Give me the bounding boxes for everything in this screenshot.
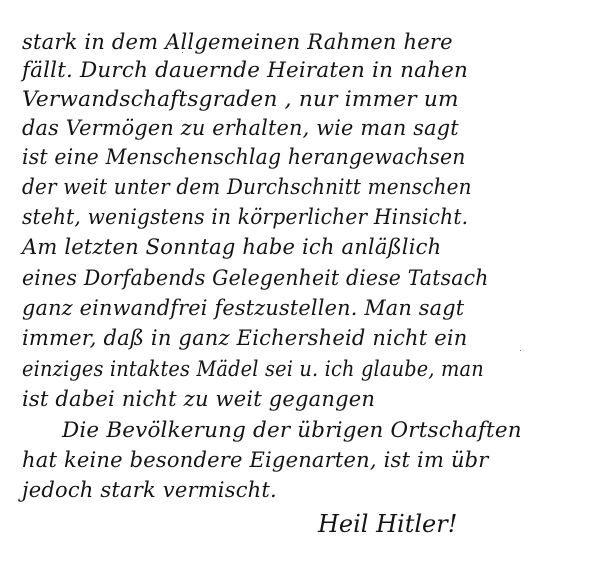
paper-speck — [240, 66, 241, 67]
text-line-16: jedoch stark vermischt. — [22, 478, 277, 502]
text-line-7: steht, wenigstens in körperlicher Hinsic… — [22, 205, 468, 229]
signature-closing: Heil Hitler! — [318, 510, 457, 538]
handwritten-letter-page: stark in dem Allgemeinen Rahmen here fäl… — [0, 0, 600, 569]
text-line-9: eines Dorfabends Gelegenheit diese Tatsa… — [22, 266, 489, 290]
paper-speck — [385, 276, 386, 277]
text-line-5: ist eine Menschenschlag herangewachsen — [22, 145, 466, 169]
text-line-6: der weit unter dem Durchschnitt menschen — [22, 175, 472, 199]
text-line-15: hat keine besondere Eigenarten, ist im ü… — [22, 448, 489, 472]
paper-speck — [170, 45, 171, 46]
text-line-1: stark in dem Allgemeinen Rahmen here — [22, 30, 453, 54]
text-line-12: einziges intaktes Mädel sei u. ich glaub… — [22, 357, 484, 381]
paper-speck — [255, 100, 256, 101]
paper-speck — [520, 350, 521, 351]
text-line-10: ganz einwandfrei festzustellen. Man sagt — [22, 296, 464, 320]
paper-speck — [182, 52, 183, 53]
text-line-3: Verwandschaftsgraden , nur immer um — [22, 87, 459, 111]
text-line-4: das Vermögen zu erhalten, wie man sagt — [22, 116, 459, 140]
text-line-13: ist dabei nicht zu weit gegangen — [22, 387, 375, 411]
text-line-8: Am letzten Sonntag habe ich anläßlich — [22, 235, 441, 259]
text-line-11: immer, daß in ganz Eichersheid nicht ein — [22, 326, 468, 350]
text-line-14: Die Bevölkerung der übrigen Ortschaften — [62, 418, 522, 442]
text-line-2: fällt. Durch dauernde Heiraten in nahen — [22, 58, 468, 82]
